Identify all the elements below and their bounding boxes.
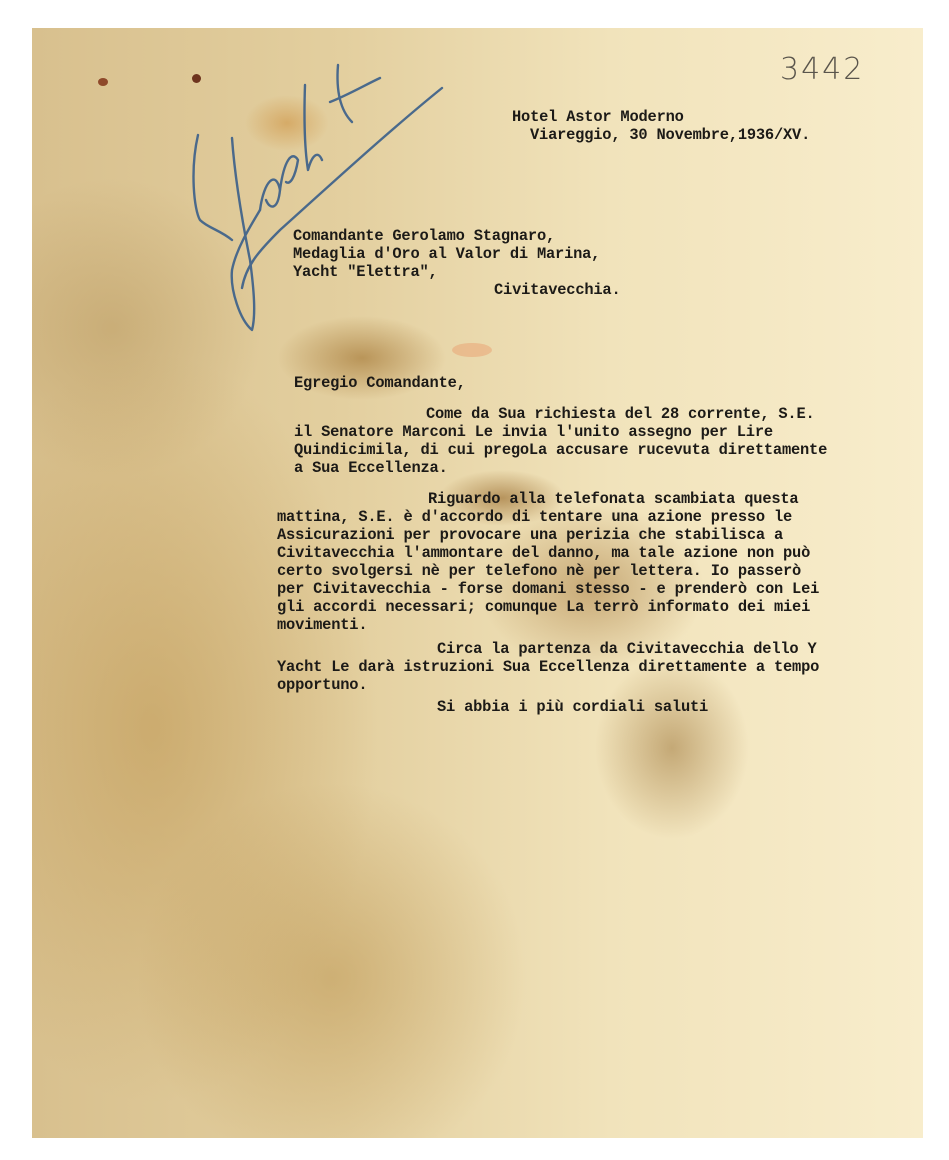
paragraph-2-line-2: mattina, S.E. è d'accordo di tentare una… — [277, 508, 792, 526]
paragraph-2-line-7: gli accordi necessari; comunque La terrò… — [277, 598, 810, 616]
paragraph-2-line-3: Assicurazioni per provocare una perizia … — [277, 526, 783, 544]
paragraph-2-line-6: per Civitavecchia - forse domani stesso … — [277, 580, 819, 598]
paragraph-2-line-4: Civitavecchia l'ammontare del danno, ma … — [277, 544, 810, 562]
recipient-line-3: Yacht "Elettra", — [293, 263, 438, 281]
recipient-city: Civitavecchia. — [494, 281, 621, 299]
paragraph-2-line-8: movimenti. — [277, 616, 367, 634]
recipient-line-1: Comandante Gerolamo Stagnaro, — [293, 227, 555, 245]
letterhead-place-date: Viareggio, 30 Novembre,1936/XV. — [530, 126, 810, 144]
paragraph-1-line-2: il Senatore Marconi Le invia l'unito ass… — [294, 423, 773, 441]
salutation: Egregio Comandante, — [294, 374, 466, 392]
paragraph-3-line-1: Circa la partenza da Civitavecchia dello… — [437, 640, 817, 658]
paragraph-2-line-5: certo svolgersi nè per telefono nè per l… — [277, 562, 801, 580]
archive-number: 3442 — [780, 52, 864, 87]
letterhead-sender: Hotel Astor Moderno — [512, 108, 684, 126]
handwritten-yacht-annotation — [180, 60, 460, 340]
paragraph-3-line-3: opportuno. — [277, 676, 367, 694]
closing: Si abbia i più cordiali saluti — [437, 698, 708, 716]
paragraph-1-line-1: Come da Sua richiesta del 28 corrente, S… — [426, 405, 815, 423]
paragraph-2-line-1: Riguardo alla telefonata scambiata quest… — [428, 490, 798, 508]
paragraph-1-line-4: a Sua Eccellenza. — [294, 459, 448, 477]
rust-spot — [98, 78, 108, 86]
stain-spot — [452, 343, 492, 357]
paragraph-3-line-2: Yacht Le darà istruzioni Sua Eccellenza … — [277, 658, 819, 676]
recipient-line-2: Medaglia d'Oro al Valor di Marina, — [293, 245, 600, 263]
paragraph-1-line-3: Quindicimila, di cui pregoLa accusare ru… — [294, 441, 827, 459]
